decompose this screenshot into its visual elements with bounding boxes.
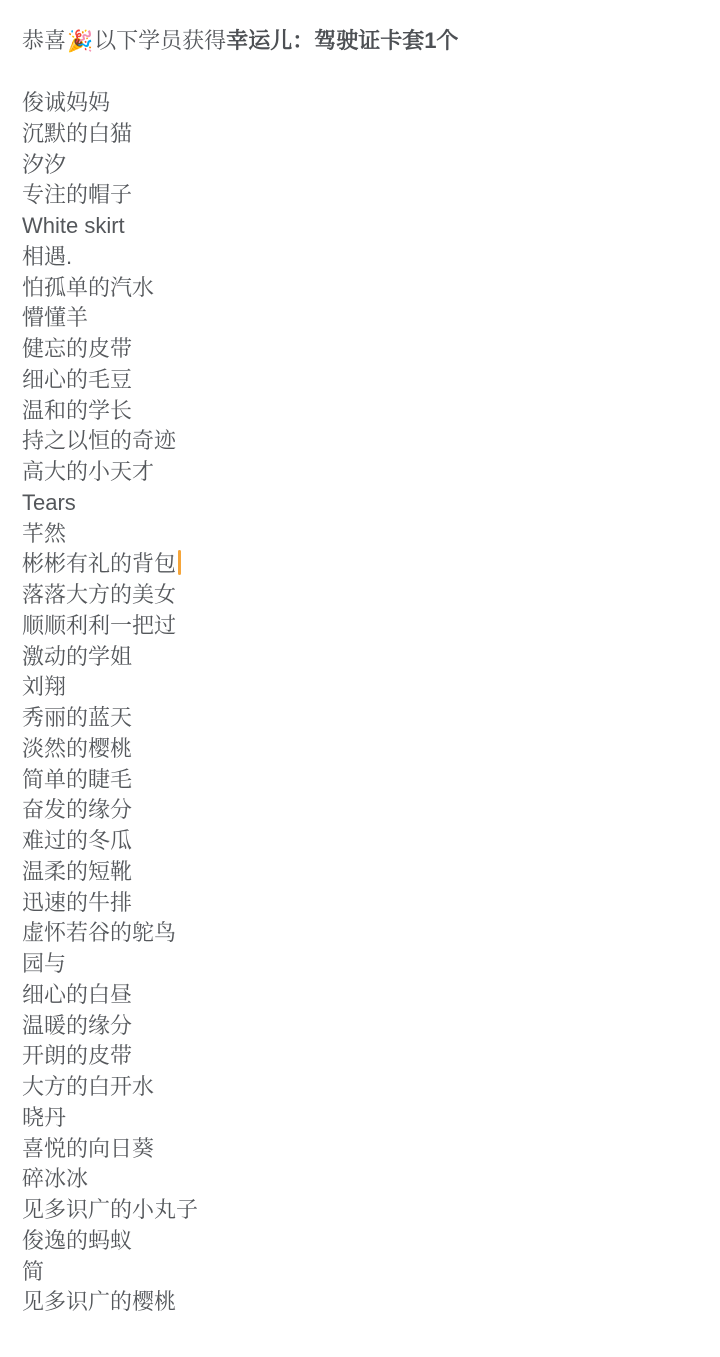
header-text-bold: 幸运儿：驾驶证卡套1个 — [226, 28, 458, 53]
winner-name[interactable]: 芊然 — [22, 519, 700, 550]
winner-name[interactable]: 喜悦的向日葵 — [22, 1134, 700, 1165]
winner-name-text: 大方的白开水 — [22, 1074, 154, 1099]
winner-name[interactable]: 专注的帽子 — [22, 180, 700, 211]
winner-name-text: 懵懂羊 — [22, 305, 88, 330]
winner-name[interactable]: Tears — [22, 488, 700, 519]
winner-name-text: 落落大方的美女 — [22, 582, 176, 607]
winner-name-text: 健忘的皮带 — [22, 336, 132, 361]
winner-name-text: 彬彬有礼的背包 — [22, 551, 176, 576]
winner-name[interactable]: 健忘的皮带 — [22, 334, 700, 365]
winner-name-text: 顺顺利利一把过 — [22, 613, 176, 638]
winner-name[interactable]: 细心的毛豆 — [22, 365, 700, 396]
winner-name-text: 简 — [22, 1259, 44, 1284]
winner-name-text: 园与 — [22, 951, 66, 976]
header-text-regular-2: 以下学员获得 — [94, 28, 226, 53]
winner-name-text: 碎冰冰 — [22, 1166, 88, 1191]
winner-name[interactable]: 持之以恒的奇迹 — [22, 426, 700, 457]
winner-name[interactable]: 简 — [22, 1257, 700, 1288]
winner-name[interactable]: 懵懂羊 — [22, 303, 700, 334]
winner-name[interactable]: 顺顺利利一把过 — [22, 611, 700, 642]
winner-name-text: 芊然 — [22, 521, 66, 546]
winner-name-text: White skirt — [22, 213, 125, 238]
winner-name-text: 激动的学姐 — [22, 644, 132, 669]
winner-name-text: 沉默的白猫 — [22, 121, 132, 146]
winner-name-text: 温暖的缘分 — [22, 1013, 132, 1038]
winner-name[interactable]: 温和的学长 — [22, 396, 700, 427]
winner-name-text: Tears — [22, 490, 76, 515]
winner-name-text: 细心的白昼 — [22, 982, 132, 1007]
winner-name[interactable]: 落落大方的美女 — [22, 580, 700, 611]
winner-name-text: 难过的冬瓜 — [22, 828, 132, 853]
winner-name[interactable]: 淡然的樱桃 — [22, 734, 700, 765]
winner-name[interactable]: 温柔的短靴 — [22, 857, 700, 888]
winner-name[interactable]: 怕孤单的汽水 — [22, 273, 700, 304]
winner-name[interactable]: 沉默的白猫 — [22, 119, 700, 150]
winner-name[interactable]: 俊诚妈妈 — [22, 88, 700, 119]
winner-name[interactable]: 开朗的皮带 — [22, 1041, 700, 1072]
winner-name-text: 见多识广的小丸子 — [22, 1197, 198, 1222]
text-editor[interactable]: 恭喜🎉以下学员获得幸运儿：驾驶证卡套1个 俊诚妈妈沉默的白猫汐汐专注的帽子Whi… — [0, 0, 720, 1357]
winner-name-text: 喜悦的向日葵 — [22, 1136, 154, 1161]
winner-name[interactable]: 秀丽的蓝天 — [22, 703, 700, 734]
winner-name[interactable]: 碎冰冰 — [22, 1164, 700, 1195]
winner-name-text: 开朗的皮带 — [22, 1043, 132, 1068]
winner-name-text: 汐汐 — [22, 152, 66, 177]
winner-name[interactable]: 见多识广的樱桃 — [22, 1287, 700, 1318]
winner-name-text: 奋发的缘分 — [22, 797, 132, 822]
winner-name-text: 怕孤单的汽水 — [22, 275, 154, 300]
winner-name[interactable]: 刘翔 — [22, 672, 700, 703]
winner-name-text: 相遇. — [22, 244, 72, 269]
winner-name-text: 温和的学长 — [22, 398, 132, 423]
winner-name[interactable]: 汐汐 — [22, 150, 700, 181]
text-caret-icon — [178, 550, 181, 575]
winner-name[interactable]: 相遇. — [22, 242, 700, 273]
winner-name-text: 刘翔 — [22, 674, 66, 699]
winner-name-text: 专注的帽子 — [22, 182, 132, 207]
winner-name[interactable]: 大方的白开水 — [22, 1072, 700, 1103]
announcement-header[interactable]: 恭喜🎉以下学员获得幸运儿：驾驶证卡套1个 — [22, 25, 700, 57]
winner-name[interactable]: 细心的白昼 — [22, 980, 700, 1011]
winner-name-text: 虚怀若谷的鸵鸟 — [22, 920, 176, 945]
winner-list: 俊诚妈妈沉默的白猫汐汐专注的帽子White skirt相遇.怕孤单的汽水懵懂羊健… — [22, 88, 700, 1318]
winner-name-text: 温柔的短靴 — [22, 859, 132, 884]
winner-name[interactable]: 见多识广的小丸子 — [22, 1195, 700, 1226]
winner-name[interactable]: 温暖的缘分 — [22, 1011, 700, 1042]
winner-name[interactable]: 奋发的缘分 — [22, 795, 700, 826]
winner-name[interactable]: 迅速的牛排 — [22, 888, 700, 919]
winner-name-text: 迅速的牛排 — [22, 890, 132, 915]
winner-name[interactable]: 难过的冬瓜 — [22, 826, 700, 857]
winner-name-text: 见多识广的樱桃 — [22, 1289, 176, 1314]
winner-name[interactable]: 激动的学姐 — [22, 642, 700, 673]
winner-name-text: 淡然的樱桃 — [22, 736, 132, 761]
winner-name-text: 晓丹 — [22, 1105, 66, 1130]
winner-name[interactable]: 彬彬有礼的背包 — [22, 549, 700, 580]
winner-name-text: 高大的小天才 — [22, 459, 154, 484]
winner-name[interactable]: 园与 — [22, 949, 700, 980]
winner-name[interactable]: White skirt — [22, 211, 700, 242]
blank-line — [22, 57, 700, 88]
winner-name[interactable]: 高大的小天才 — [22, 457, 700, 488]
winner-name-text: 简单的睫毛 — [22, 767, 132, 792]
winner-name[interactable]: 俊逸的蚂蚁 — [22, 1226, 700, 1257]
winner-name-text: 俊诚妈妈 — [22, 90, 110, 115]
winner-name-text: 俊逸的蚂蚁 — [22, 1228, 132, 1253]
winner-name[interactable]: 虚怀若谷的鸵鸟 — [22, 918, 700, 949]
header-text-regular-1: 恭喜 — [22, 28, 66, 53]
winner-name-text: 秀丽的蓝天 — [22, 705, 132, 730]
winner-name[interactable]: 简单的睫毛 — [22, 765, 700, 796]
party-popper-icon: 🎉 — [67, 30, 93, 53]
winner-name[interactable]: 晓丹 — [22, 1103, 700, 1134]
winner-name-text: 细心的毛豆 — [22, 367, 132, 392]
winner-name-text: 持之以恒的奇迹 — [22, 428, 176, 453]
